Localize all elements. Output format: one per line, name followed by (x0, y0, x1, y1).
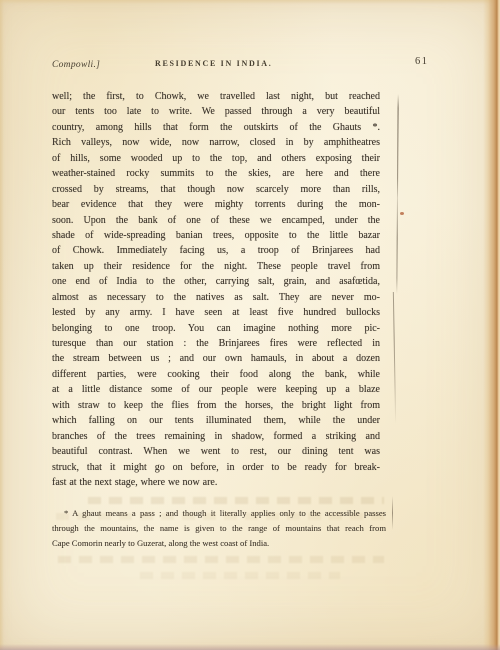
bleed-through-text (58, 556, 384, 563)
body-text: well; the first, to Chowk, we travelled … (52, 89, 380, 490)
foxing-spot (400, 212, 404, 215)
text-line: our tents too late to write. We passed t… (52, 104, 380, 119)
page-edge-bottom (0, 644, 500, 650)
text-line: well; the first, to Chowk, we travelled … (52, 89, 380, 104)
text-line: almost as necessary to the natives as sa… (52, 290, 380, 305)
text-line: country, among hills that form the outsk… (52, 120, 380, 135)
scanned-book-page: Compowli.] RESIDENCE IN INDIA. 61 well; … (0, 0, 500, 650)
running-title: RESIDENCE IN INDIA. (155, 59, 272, 68)
page-number: 61 (415, 56, 429, 67)
text-line: lested by any army. I have seen at least… (52, 305, 380, 320)
text-line: struck, that it might go on before, in o… (52, 460, 380, 475)
text-line: soon. Upon the bank of one of these we e… (52, 213, 380, 228)
scan-crease-line (393, 292, 396, 424)
text-line: turesque than our station : the Brinjare… (52, 336, 380, 351)
bleed-through-text (140, 572, 340, 579)
text-line: with straw to keep the flies from the ho… (52, 398, 380, 413)
footnote-line: Cape Comorin nearly to Guzerat, along th… (52, 536, 386, 551)
text-line: belonging to one troop. You can imagine … (52, 321, 380, 336)
text-line: which falling on our tents illuminated t… (52, 413, 380, 428)
bleed-through-text (56, 513, 384, 520)
page-edge-top (0, 0, 500, 4)
bleed-through-text (88, 497, 384, 504)
text-line: taken up their residence for the night. … (52, 259, 380, 274)
text-line: bear evidence that they were mighty torr… (52, 197, 380, 212)
text-line: Rich valleys, now wide, now narrow, clos… (52, 135, 380, 150)
header-catchword: Compowli.] (52, 60, 100, 70)
text-line: shade of wide-spreading banian trees, op… (52, 228, 380, 243)
footnote-line: through the mountains, the name is given… (52, 521, 386, 536)
text-line: weather-stained rocky summits to the ski… (52, 166, 380, 181)
text-line: fast at the next stage, where we now are… (52, 475, 380, 490)
text-line: different parties, were cooking their fo… (52, 367, 380, 382)
page-edge-left (0, 0, 4, 650)
text-line: branches of the trees remaining in shado… (52, 429, 380, 444)
page-edge-right (483, 0, 500, 650)
text-line: crossed by streams, that though now scar… (52, 182, 380, 197)
text-line: beautiful contrast. When we went to rest… (52, 444, 380, 459)
scan-crease-line (396, 94, 398, 294)
text-line: of hills, some wooded up to the top, and… (52, 151, 380, 166)
text-line: the stream between us ; and our own hama… (52, 351, 380, 366)
text-line: one end of India to the other, carrying … (52, 274, 380, 289)
scan-crease-line (392, 496, 393, 530)
text-line: at a little distance some of our people … (52, 382, 380, 397)
text-line: of Chowk. Immediately facing us, a troop… (52, 243, 380, 258)
